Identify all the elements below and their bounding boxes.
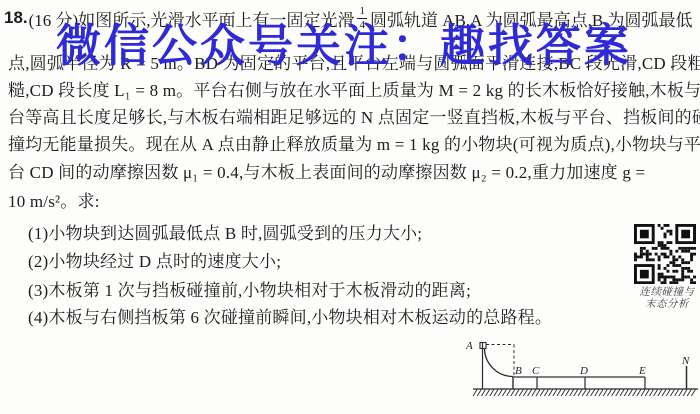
sub-question-4: (4)木板与右侧挡板第 6 次碰撞前瞬间,小物块相对木板运动的总路程。 (28, 307, 552, 328)
diagram-label-C: C (532, 365, 540, 377)
question-number: 18. (4, 8, 28, 28)
qr-block: 连续碰撞与 末态分析 (633, 224, 700, 311)
diagram-label-D: D (579, 365, 588, 377)
ground-hatching-icon (473, 390, 695, 397)
sub-question-2: (2)小物块经过 D 点时的速度大小; (28, 251, 281, 272)
sub-question-3: (3)木板第 1 次与挡板碰撞前,小物块相对于木板滑动的距离; (28, 280, 471, 301)
problem-line-5: 撞均无能量损失。现在从 A 点由静止释放质量为 m = 1 kg 的小物块(可视… (8, 134, 700, 155)
physics-diagram: A B C D E N (440, 330, 700, 414)
arc-track (485, 348, 514, 377)
sub-question-1: (1)小物块到达圆弧最低点 B 时,圆弧受到的压力大小; (28, 223, 422, 244)
exam-page: 微信公众号关注：趣找答案 18. (16 分)如图所示,光滑水平面上有一固定光滑… (0, 0, 700, 414)
problem-line-7: 10 m/s²。求: (8, 191, 100, 212)
qr-caption: 连续碰撞与 末态分析 (633, 287, 700, 311)
watermark-overlay: 微信公众号关注：趣找答案 (56, 9, 632, 74)
qr-caption-line1: 连续碰撞与 (640, 287, 695, 298)
problem-line-3: 糙,CD 段长度 L₁ = 8 m。平台右侧与放在水平面上质量为 M = 2 k… (8, 80, 700, 101)
diagram-label-A: A (465, 340, 473, 352)
problem-line-6: 台 CD 间的动摩擦因数 μ₁ = 0.4,与木板上表面间的动摩擦因数 μ₂ =… (8, 162, 645, 183)
problem-line-4: 台等高且长度足够长,与木板右端相距足够远的 N 点固定一竖直挡板,木板与平台、挡… (8, 107, 700, 128)
qr-caption-line2: 末态分析 (645, 299, 689, 310)
diagram-label-E: E (638, 365, 646, 377)
qr-code-icon (634, 224, 696, 284)
diagram-label-N: N (681, 355, 690, 367)
diagram-label-B: B (515, 365, 522, 377)
